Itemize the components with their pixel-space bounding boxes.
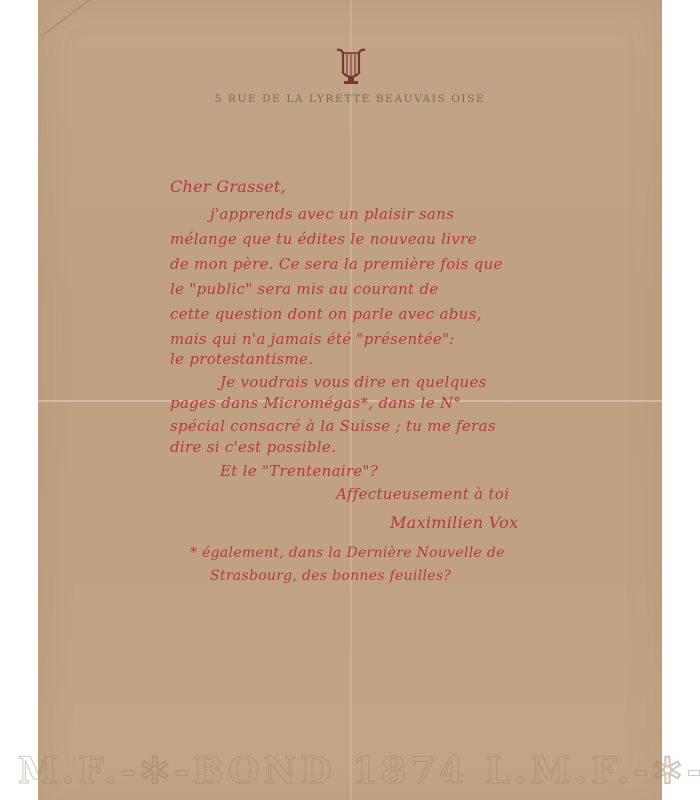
body-line: le "public" sera mis au courant de — [170, 280, 439, 298]
lyre-icon — [335, 47, 367, 87]
body-line: cette question dont on parle avec abus, — [170, 305, 482, 323]
body-line: mais qui n'a jamais été "présentée": — [170, 330, 455, 348]
body-line: dire si c'est possible. — [170, 438, 336, 456]
closing: Affectueusement à toi — [336, 485, 509, 503]
body-line: mélange que tu édites le nouveau livre — [170, 230, 477, 248]
paper-watermark: M.F.-✲-BOND 1874 L.M.F.-✲-BO — [18, 750, 700, 792]
body-line: pages dans Micromégas*, dans le N° — [170, 394, 461, 412]
body-line: j'apprends avec un plaisir sans — [210, 205, 454, 223]
body-line: le protestantisme. — [170, 350, 313, 368]
body-line: de mon père. Ce sera la première fois qu… — [170, 255, 503, 273]
salutation: Cher Grasset, — [170, 177, 286, 196]
letter-paper: 5 RUE DE LA LYRETTE BEAUVAIS OISE Cher G… — [38, 0, 662, 800]
body-line: Et le "Trentenaire"? — [220, 462, 378, 480]
postscript-line: * également, dans la Dernière Nouvelle d… — [190, 545, 505, 561]
body-line: spécial consacré à la Suisse ; tu me fer… — [170, 417, 496, 435]
letterhead-address: 5 RUE DE LA LYRETTE BEAUVAIS OISE — [38, 93, 662, 105]
signature: Maximilien Vox — [390, 513, 518, 532]
body-line: Je voudrais vous dire en quelques — [220, 373, 487, 391]
postscript-line: Strasbourg, des bonnes feuilles? — [210, 568, 451, 584]
corner-crease — [40, 0, 113, 38]
